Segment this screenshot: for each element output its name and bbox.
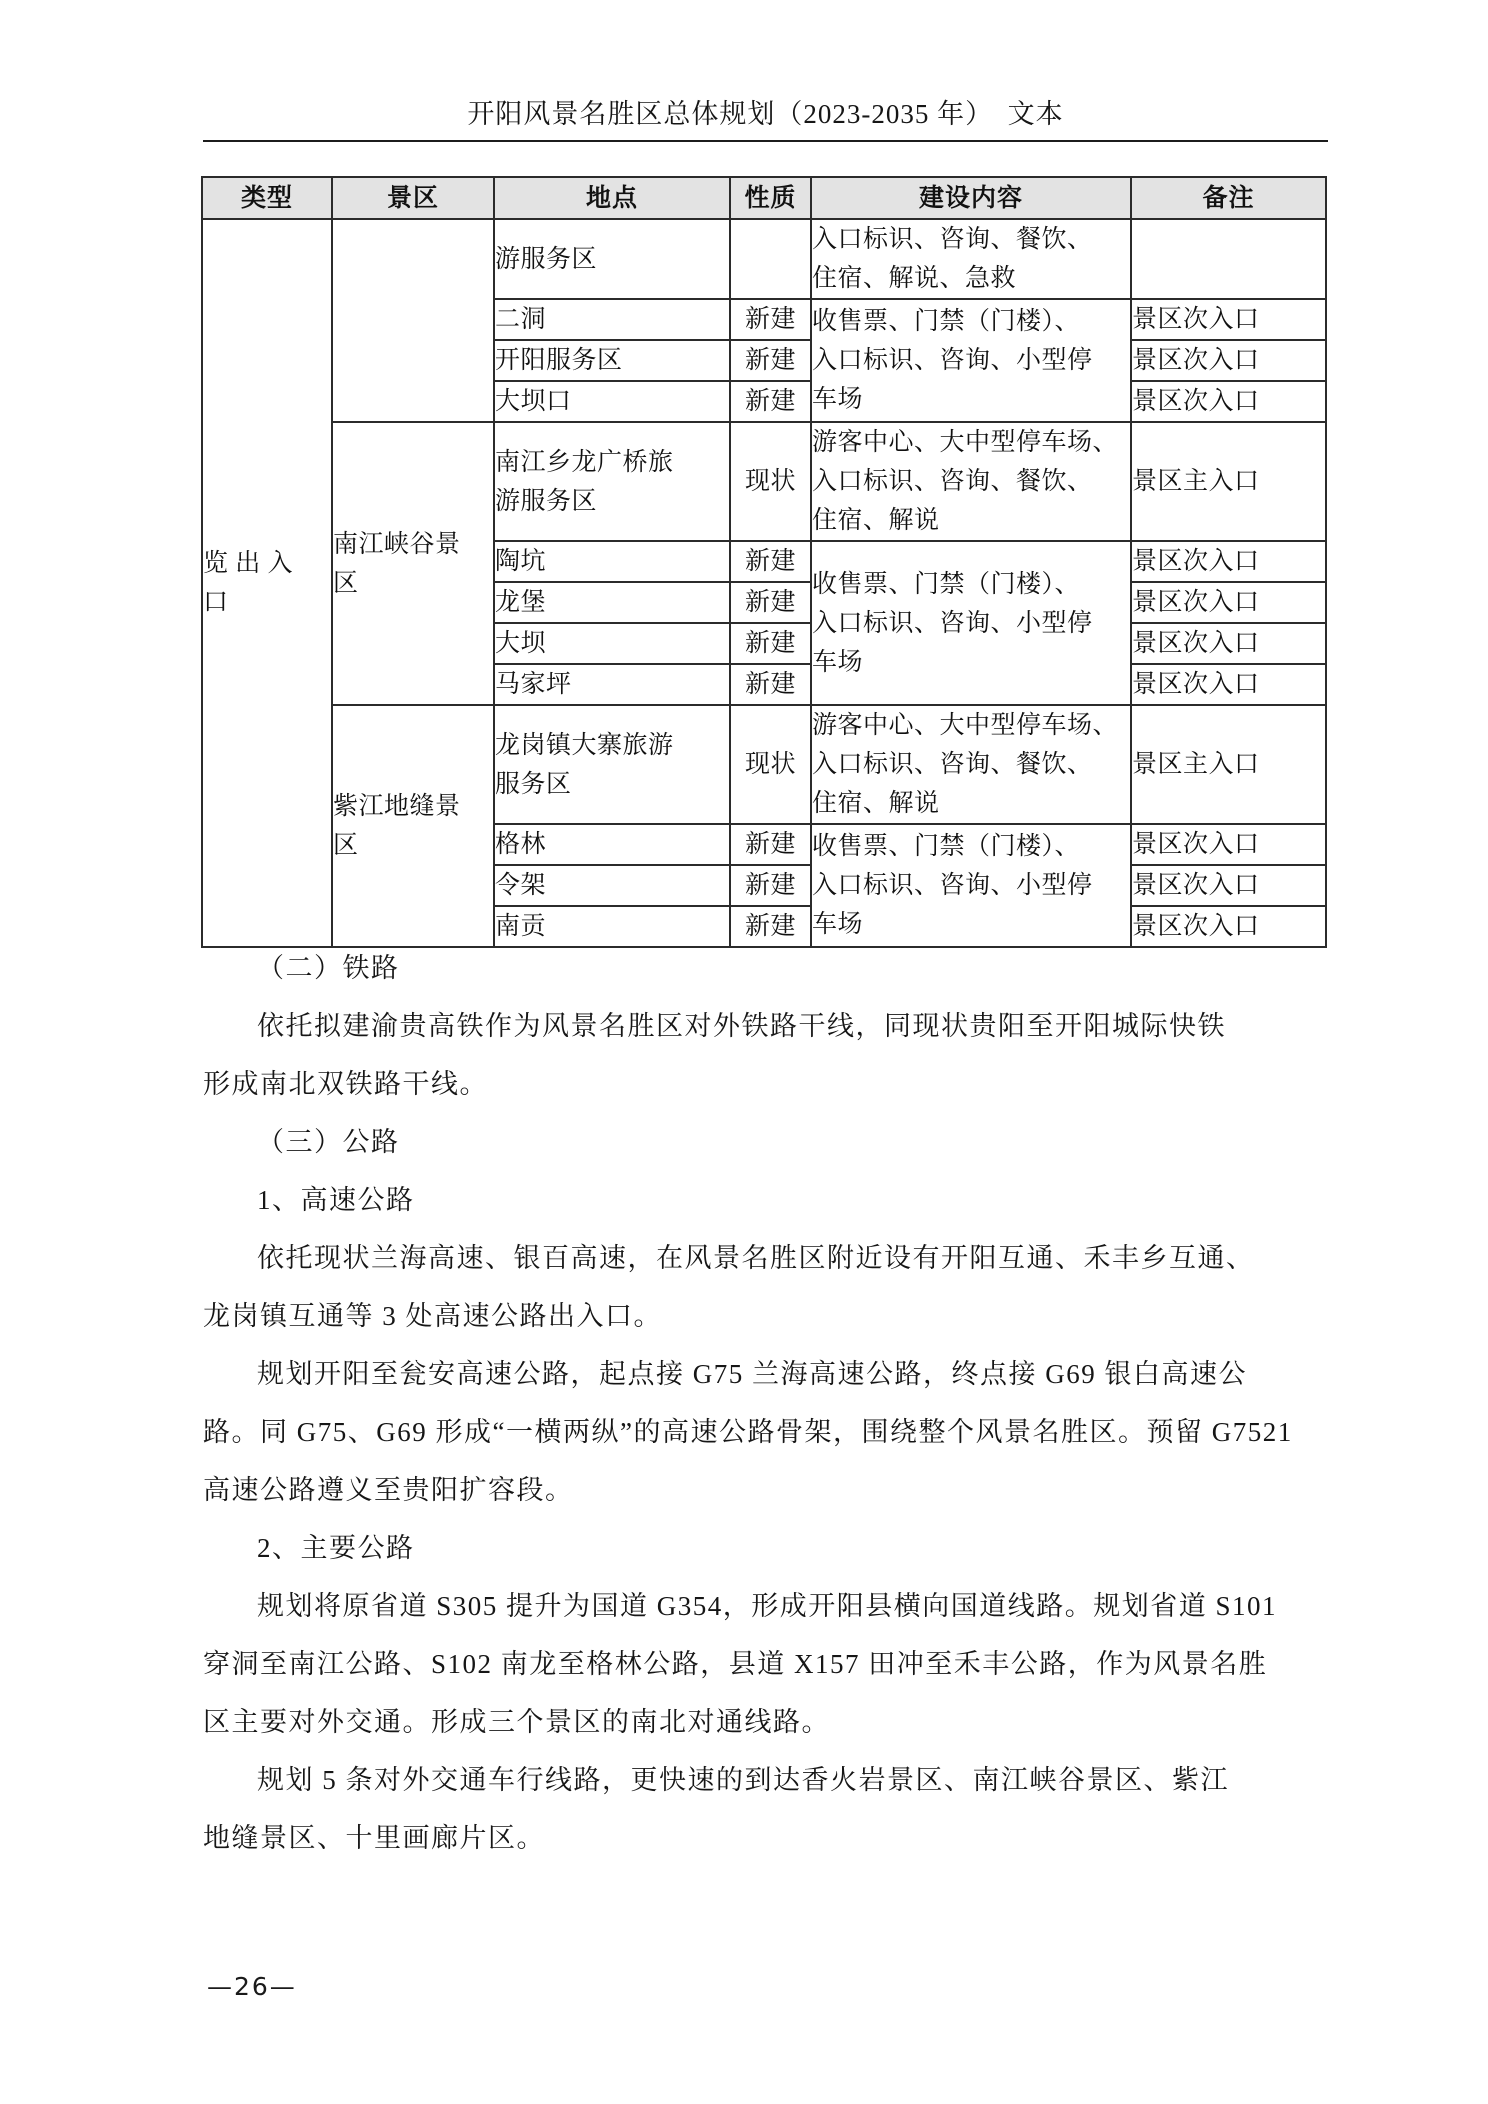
- note-cell: 景区次入口: [1131, 541, 1326, 582]
- scenic-area-cell: 紫江地缝景 区: [332, 705, 494, 947]
- column-header-note: 备注: [1131, 177, 1326, 219]
- paragraph-mainroad-body-1: 规划将原省道 S305 提升为国道 G354，形成开阳县横向国道线路。规划省道 …: [203, 1577, 1328, 1751]
- paragraph-mainroad-body-2: 规划 5 条对外交通车行线路，更快速的到达香火岩景区、南江峡谷景区、紫江 地缝景…: [203, 1751, 1328, 1867]
- table-row: 览 出 入 口 游服务区 入口标识、咨询、餐饮、 住宿、解说、急救: [202, 219, 1326, 299]
- paragraph-expressway-body-1: 依托现状兰海高速、银百高速，在风景名胜区附近设有开阳互通、禾丰乡互通、 龙岗镇互…: [203, 1229, 1328, 1345]
- table-row: 紫江地缝景 区 龙岗镇大寨旅游 服务区 现状 游客中心、大中型停车场、 入口标识…: [202, 705, 1326, 824]
- note-cell: 景区次入口: [1131, 381, 1326, 422]
- status-cell: 新建: [730, 541, 811, 582]
- content-cell: 收售票、门禁（门楼）、 入口标识、咨询、小型停 车场: [811, 541, 1131, 705]
- content-cell: 入口标识、咨询、餐饮、 住宿、解说、急救: [811, 219, 1131, 299]
- body-text: （二）铁路 依托拟建渝贵高铁作为风景名胜区对外铁路干线，同现状贵阳至开阳城际快铁…: [203, 939, 1328, 1867]
- place-cell: 格林: [494, 824, 730, 865]
- content-cell: 收售票、门禁（门楼）、 入口标识、咨询、小型停 车场: [811, 299, 1131, 422]
- status-cell: [730, 219, 811, 299]
- column-header-type: 类型: [202, 177, 332, 219]
- place-cell: 大坝: [494, 623, 730, 664]
- place-cell: 陶坑: [494, 541, 730, 582]
- place-cell: 龙岗镇大寨旅游 服务区: [494, 705, 730, 824]
- column-header-scenic-area: 景区: [332, 177, 494, 219]
- note-cell: 景区次入口: [1131, 623, 1326, 664]
- status-cell: 新建: [730, 865, 811, 906]
- table-row: 南江峡谷景 区 南江乡龙广桥旅 游服务区 现状 游客中心、大中型停车场、 入口标…: [202, 422, 1326, 541]
- scenic-area-cell: 南江峡谷景 区: [332, 422, 494, 705]
- place-cell: 大坝口: [494, 381, 730, 422]
- place-cell: 令架: [494, 865, 730, 906]
- status-cell: 新建: [730, 664, 811, 705]
- status-cell: 新建: [730, 381, 811, 422]
- type-cell: 览 出 入 口: [202, 219, 332, 947]
- paragraph-railway-heading: （二）铁路: [203, 939, 1328, 997]
- note-cell: 景区次入口: [1131, 664, 1326, 705]
- place-cell: 开阳服务区: [494, 340, 730, 381]
- scenic-area-cell: [332, 219, 494, 422]
- status-cell: 现状: [730, 422, 811, 541]
- status-cell: 新建: [730, 582, 811, 623]
- column-header-status: 性质: [730, 177, 811, 219]
- paragraph-expressway-body-2: 规划开阳至瓮安高速公路，起点接 G75 兰海高速公路，终点接 G69 银白高速公…: [203, 1345, 1328, 1519]
- status-cell: 新建: [730, 299, 811, 340]
- header-rule: [203, 140, 1328, 142]
- table-header-row: 类型 景区 地点 性质 建设内容 备注: [202, 177, 1326, 219]
- status-cell: 现状: [730, 705, 811, 824]
- column-header-place: 地点: [494, 177, 730, 219]
- place-cell: 游服务区: [494, 219, 730, 299]
- status-cell: 新建: [730, 824, 811, 865]
- content-cell: 游客中心、大中型停车场、 入口标识、咨询、餐饮、 住宿、解说: [811, 705, 1131, 824]
- note-cell: 景区次入口: [1131, 299, 1326, 340]
- construction-table: 类型 景区 地点 性质 建设内容 备注 览 出 入 口 游服务区 入口标识、咨询…: [201, 176, 1327, 948]
- column-header-content: 建设内容: [811, 177, 1131, 219]
- paragraph-expressway-subheading: 1、高速公路: [203, 1171, 1328, 1229]
- page-number: —26—: [207, 1972, 297, 2001]
- content-cell: 游客中心、大中型停车场、 入口标识、咨询、餐饮、 住宿、解说: [811, 422, 1131, 541]
- place-cell: 南江乡龙广桥旅 游服务区: [494, 422, 730, 541]
- note-cell: 景区次入口: [1131, 340, 1326, 381]
- note-cell: 景区次入口: [1131, 865, 1326, 906]
- page-header-title: 开阳风景名胜区总体规划（2023-2035 年） 文本: [203, 92, 1328, 131]
- place-cell: 马家坪: [494, 664, 730, 705]
- note-cell: 景区次入口: [1131, 824, 1326, 865]
- note-cell: 景区主入口: [1131, 705, 1326, 824]
- note-cell: 景区次入口: [1131, 582, 1326, 623]
- paragraph-mainroad-subheading: 2、主要公路: [203, 1519, 1328, 1577]
- note-cell: [1131, 219, 1326, 299]
- place-cell: 二洞: [494, 299, 730, 340]
- note-cell: 景区主入口: [1131, 422, 1326, 541]
- status-cell: 新建: [730, 340, 811, 381]
- paragraph-highway-heading: （三）公路: [203, 1113, 1328, 1171]
- status-cell: 新建: [730, 623, 811, 664]
- place-cell: 龙堡: [494, 582, 730, 623]
- content-cell: 收售票、门禁（门楼）、 入口标识、咨询、小型停 车场: [811, 824, 1131, 947]
- paragraph-railway-body: 依托拟建渝贵高铁作为风景名胜区对外铁路干线，同现状贵阳至开阳城际快铁 形成南北双…: [203, 997, 1328, 1113]
